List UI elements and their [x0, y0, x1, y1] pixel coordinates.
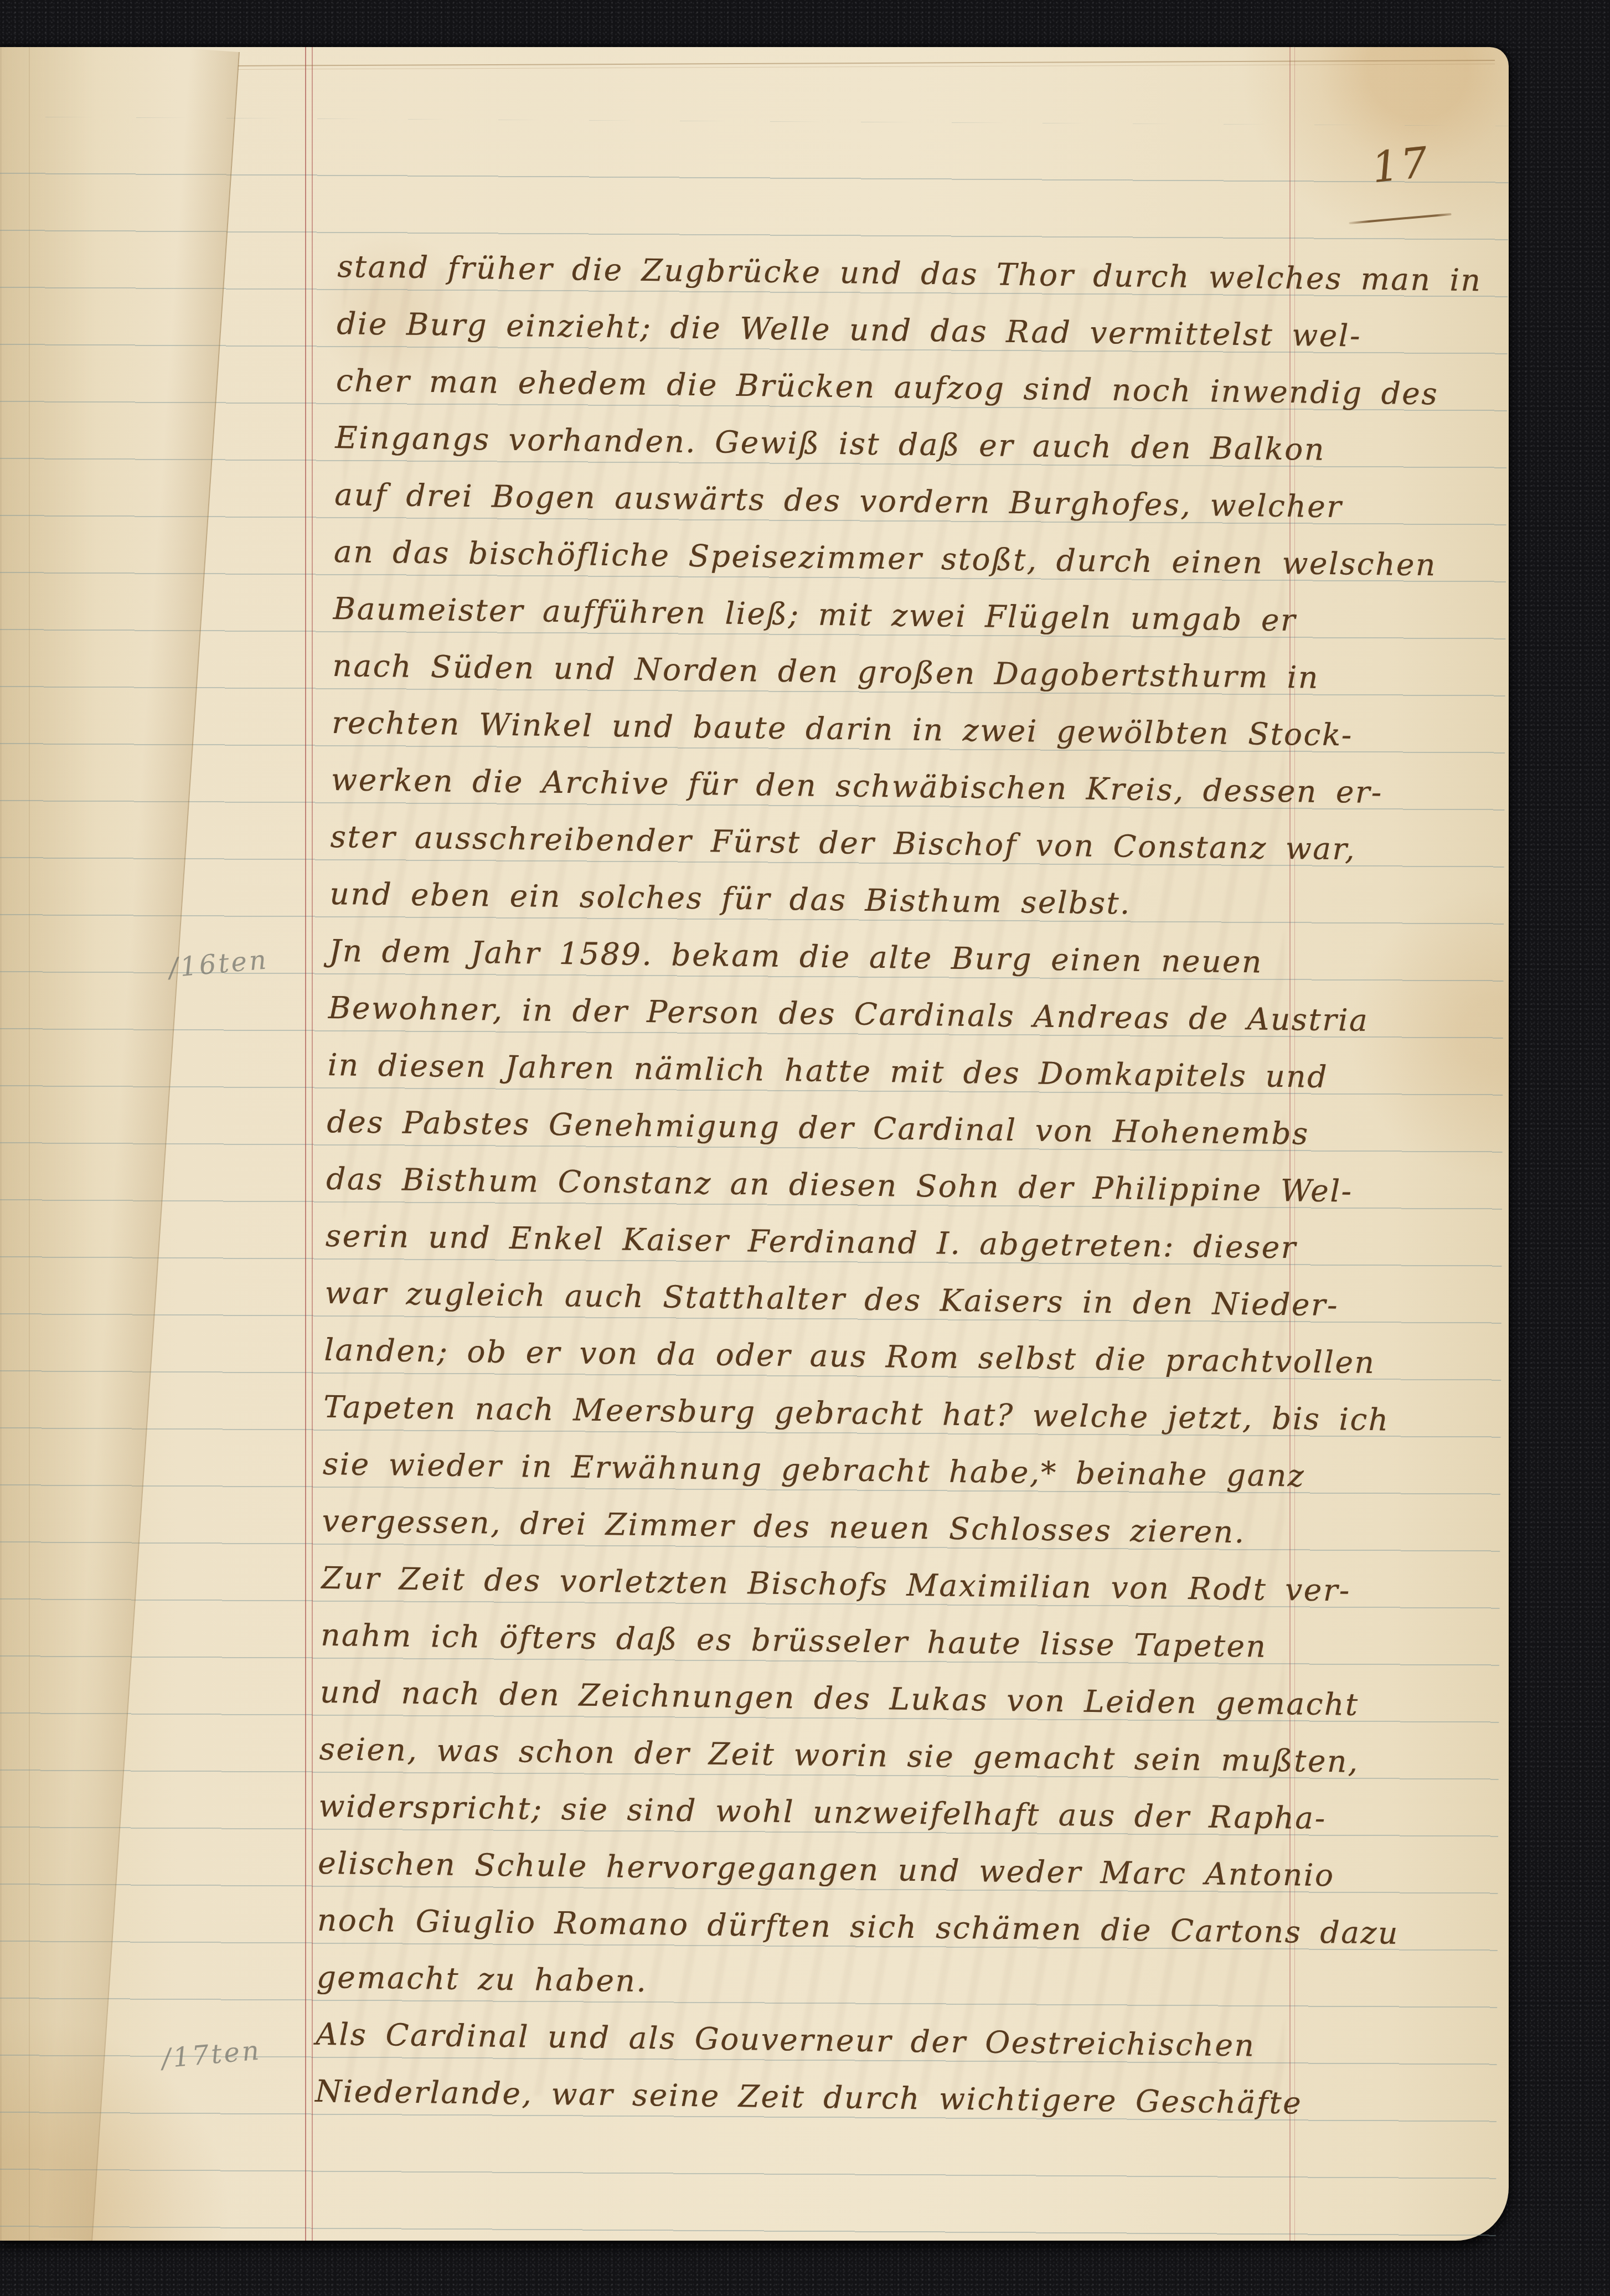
under-sheet-edge-line [29, 47, 30, 2241]
scan-background: { "document": { "page_number": "17", "sc… [0, 0, 1610, 2296]
page-number-underline [1349, 213, 1452, 224]
manuscript-text: stand früher die Zugbrücke und das Thor … [314, 238, 1295, 2132]
sheet-top-edge [238, 60, 1495, 70]
margin-note-16ten: /16ten [168, 944, 270, 983]
margin-note-17ten: /17ten [161, 2035, 262, 2074]
manuscript-page: 17 /16ten /17ten stand früher die Zugbrü… [0, 47, 1509, 2241]
left-red-margin-line [305, 47, 313, 2241]
page-crease [91, 52, 240, 2241]
page-number: 17 [1370, 137, 1432, 192]
manuscript-line: Niederlande, war seine Zeit durch wichti… [314, 2063, 1273, 2132]
